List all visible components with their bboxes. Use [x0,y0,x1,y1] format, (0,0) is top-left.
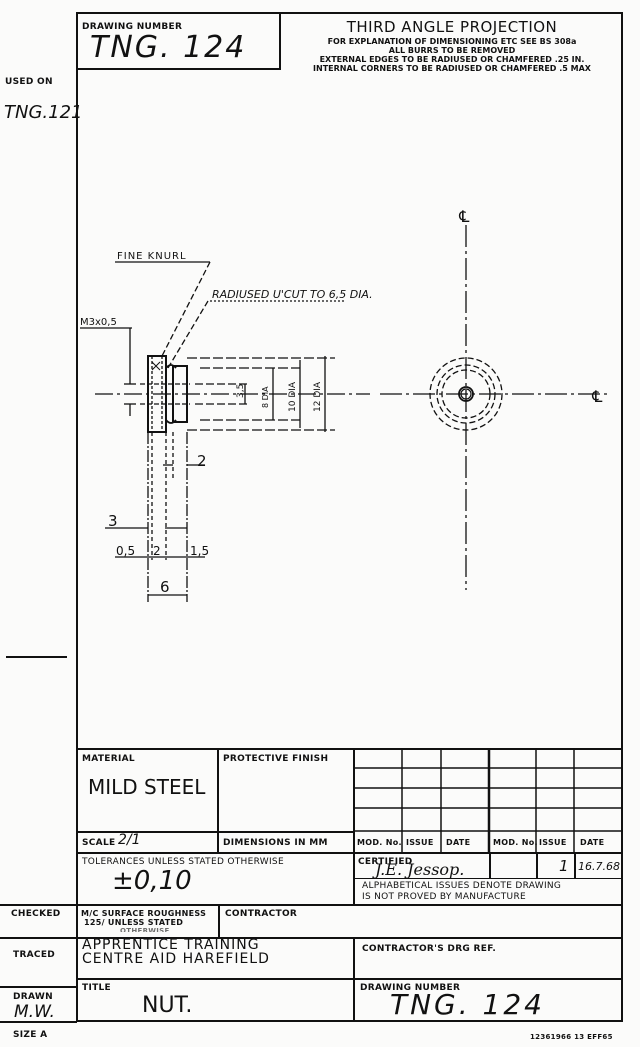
margin-line-size [0,1021,77,1023]
title-value: NUT. [142,993,192,1018]
title-label: TITLE [82,983,111,993]
dimensions-label: DIMENSIONS IN MM [223,838,328,848]
print-code: 12361966 13 EFF65 [530,1033,613,1041]
contractor-drg-ref-label: CONTRACTOR'S DRG REF. [362,944,496,954]
checked-label: CHECKED [11,909,61,919]
tb-line-alpha [354,878,623,879]
tb-line-tolerances [76,852,623,854]
mod-table-grid [354,748,623,852]
material-label: MATERIAL [82,754,135,764]
thread-label: M3x0,5 [80,317,117,328]
dim-3: 3 [108,512,118,530]
technical-drawing: FINE KNURL RADIUSED U'CUT TO 6,5 DIA. M3… [0,0,640,740]
certified-signature: J.E. Jessop. [375,860,464,879]
mod-header-mod-no-2: MOD. No. [493,838,538,847]
surface-label-2: 125/ UNLESS STATED [84,918,183,927]
mod-table: MOD. No. ISSUE DATE MOD. No. ISSUE DATE [354,748,623,852]
issue-value: 1 [559,857,569,875]
mod-header-date-2: DATE [580,838,604,847]
dim-12-dia: 12 DIA [313,381,323,412]
tb-issue-divider [536,852,538,878]
contractor-value-line-1: APPRENTICE TRAINING [82,938,270,952]
alpha-note-2: IS NOT PROVED BY MANUFACTURE [362,892,526,902]
dim-6: 6 [160,578,170,596]
fine-knurl-label: FINE KNURL [117,251,187,262]
contractor-value: APPRENTICE TRAINING CENTRE AID HAREFIELD [82,938,270,966]
mod-header-mod-no-1: MOD. No. [357,838,402,847]
mod-header-date-1: DATE [446,838,470,847]
tolerances-value: ±0,10 [112,866,192,896]
drawn-label: DRAWN [13,992,53,1002]
mod-header-issue-1: ISSUE [406,838,434,847]
protective-finish-label: PROTECTIVE FINISH [223,754,328,764]
scale-label: SCALE [82,838,115,848]
centerline-symbol-top: ℄ [457,207,471,226]
dim-2-bottom: 2 [153,544,161,558]
material-value: MILD STEEL [88,775,205,799]
bottom-drawing-number-value: TNG. 124 [390,988,545,1021]
contractor-label: CONTRACTOR [225,909,297,919]
tb-certified-divider [489,852,491,878]
tb-date-divider [574,852,576,878]
size-label: SIZE A [13,1030,47,1040]
dim-2-top: 2 [197,452,207,470]
centerline-symbol-right: ℄ [590,387,604,406]
tb-line-checked [0,904,623,906]
tb-surface-divider [218,904,220,937]
dim-0-5: 0,5 [116,544,135,558]
traced-label: TRACED [13,950,55,960]
dim-8-dia: 8 DIA [261,386,270,408]
radiused-ucut-label: RADIUSED U'CUT TO 6,5 DIA. [212,288,373,301]
alpha-note-1: ALPHABETICAL ISSUES DENOTE DRAWING [362,881,561,891]
surface-label-3: OTHERWISE [120,927,170,932]
dim-3-5: 3,5 [236,384,246,398]
issue-date: 16.7.68 [578,860,620,873]
scale-value: 2/1 [118,832,141,848]
tb-divider-material [217,748,219,854]
dim-1-5: 1,5 [190,544,209,558]
dim-10-dia: 10 DIA [288,381,298,412]
surface-label-1: M/C SURFACE ROUGHNESS [81,909,206,918]
margin-line-drawn [0,986,77,988]
contractor-value-line-2: CENTRE AID HAREFIELD [82,952,270,966]
tb-line-title [76,978,623,980]
drawn-value: M.W. [14,1002,55,1022]
mod-header-issue-2: ISSUE [539,838,567,847]
